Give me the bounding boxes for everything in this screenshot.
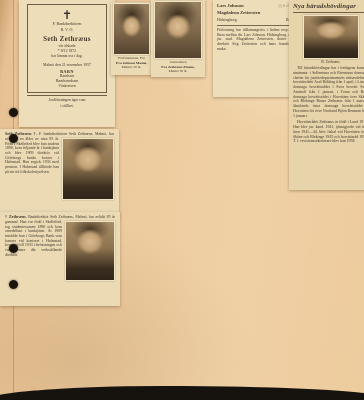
fiance-city: Hälsingborg — [217, 17, 237, 23]
caption-line: Malmö, 50 år. — [112, 65, 151, 70]
deceased-portrait-photo — [65, 221, 115, 281]
punch-hole — [9, 280, 18, 289]
death-notice-sub3: har lämnat oss i dag. — [30, 54, 104, 59]
engagement-body-text: Förlovning har tillkännagivits i Italien… — [217, 28, 294, 52]
divider — [217, 25, 294, 26]
fiance-name: Lars Johnson — [217, 3, 244, 10]
obituary-clipping-a: Seth Zethræus †. F. bankdirektören Seth … — [0, 129, 119, 220]
death-notice-clipping: ✝ F. Bankdirektören R. V. O. Seth Zethræ… — [19, 0, 115, 127]
obituary-clipping-b: † Zethræus. Bankdirektör Seth Zethræus, … — [0, 212, 120, 306]
punch-hole — [9, 244, 18, 253]
man-portrait-photo — [303, 15, 359, 59]
death-notice-order: R. V. O. — [30, 27, 104, 33]
article-paragraph-2: Hovrättsrådet Zethræus är född i Lund 19… — [293, 120, 364, 144]
deceased-portrait-photo — [62, 138, 114, 200]
place-and-date: Malmö den 21 november 1957 — [30, 63, 104, 67]
engagement-clipping: Lars Johnson 15.9.1967 Magdalena Zetters… — [213, 0, 298, 97]
punch-hole — [9, 108, 18, 117]
portrait-clipping-right: Journalisten Eva Zethræus-Maane, Malmö 5… — [151, 0, 205, 77]
woman-portrait-photo-left — [113, 3, 150, 55]
appointment-article-clipping: Nya häradshövdingar B. Zethræus Till här… — [289, 0, 364, 190]
deceased-name: Seth Zethræus — [30, 35, 104, 43]
caption-line: Malmö 50 år. — [152, 69, 204, 74]
obituary-body: Född i Skellefteå blev han student 1890,… — [5, 142, 59, 174]
divider — [293, 12, 364, 13]
woman-portrait-photo-right — [154, 1, 202, 59]
scan-edge — [0, 386, 364, 400]
death-notice-border: ✝ F. Bankdirektören R. V. O. Seth Zethræ… — [27, 4, 107, 93]
article-headline: Nya häradshövdingar — [293, 3, 364, 10]
mourner-friends: Vänkretsen — [30, 84, 104, 89]
funeral-note-line2: i stillhet. — [27, 104, 107, 109]
obituary-lead: † Zethræus. — [5, 214, 27, 219]
photo-caption: B. Zethræus — [293, 60, 364, 64]
funeral-note: Jordfästningen äger rum i stillhet. — [27, 95, 107, 109]
fiancee-name: Magdalena Zettersten — [217, 10, 294, 17]
cross-icon: ✝ — [30, 9, 104, 21]
portrait-clipping-left: Författarinnan, Fru Eva Johnson Maane, M… — [111, 2, 152, 75]
punch-hole — [9, 134, 18, 143]
article-paragraph-1: Till häradshövdingar har i fredagens kon… — [293, 66, 364, 118]
